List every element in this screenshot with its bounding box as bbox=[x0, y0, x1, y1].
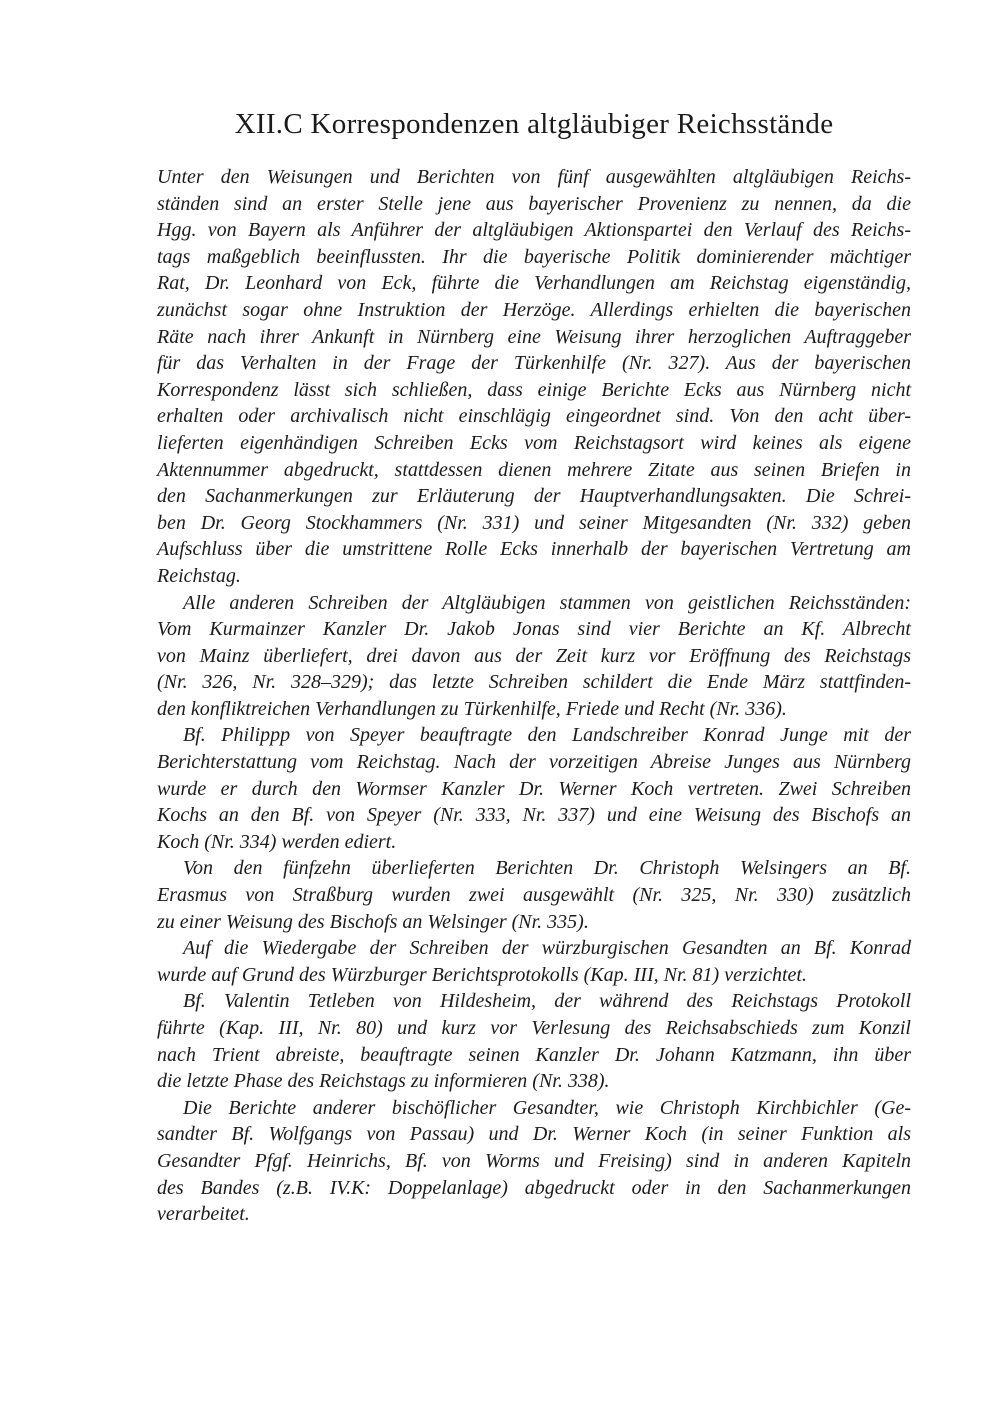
text-line: zu einer Weisung des Bischofs an Welsing… bbox=[157, 909, 911, 936]
text-line: Bf. Philippp von Speyer beauftragte den … bbox=[157, 722, 911, 749]
body-text: Unter den Weisungen und Berichten von fü… bbox=[157, 164, 911, 1228]
text-line: ständen sind an erster Stelle jene aus b… bbox=[157, 191, 911, 218]
paragraph: Bf. Philippp von Speyer beauftragte den … bbox=[157, 722, 911, 855]
paragraph: Bf. Valentin Tetleben von Hildesheim, de… bbox=[157, 988, 911, 1094]
text-line: Bf. Valentin Tetleben von Hildesheim, de… bbox=[157, 988, 911, 1015]
text-line: führte (Kap. III, Nr. 80) und kurz vor V… bbox=[157, 1015, 911, 1042]
text-line: Erasmus von Straßburg wurden zwei ausgew… bbox=[157, 882, 911, 909]
paragraph: Auf die Wiedergabe der Schreiben der wür… bbox=[157, 935, 911, 988]
text-line: Aufschluss über die umstrittene Rolle Ec… bbox=[157, 536, 911, 563]
text-line: Berichterstattung vom Reichstag. Nach de… bbox=[157, 749, 911, 776]
text-line: die letzte Phase des Reichstags zu infor… bbox=[157, 1068, 911, 1095]
text-line: Die Berichte anderer bischöflicher Gesan… bbox=[157, 1095, 911, 1122]
text-line: nach Trient abreiste, beauftragte seinen… bbox=[157, 1042, 911, 1069]
text-line: für das Verhalten in der Frage der Türke… bbox=[157, 350, 911, 377]
text-line: Auf die Wiedergabe der Schreiben der wür… bbox=[157, 935, 911, 962]
text-line: den konfliktreichen Verhandlungen zu Tür… bbox=[157, 696, 911, 723]
text-line: ben Dr. Georg Stockhammers (Nr. 331) und… bbox=[157, 510, 911, 537]
paragraph: Die Berichte anderer bischöflicher Gesan… bbox=[157, 1095, 911, 1228]
text-line: verarbeitet. bbox=[157, 1201, 911, 1228]
paragraph: Alle anderen Schreiben der Altgläubigen … bbox=[157, 590, 911, 723]
text-line: wurde er durch den Wormser Kanzler Dr. W… bbox=[157, 776, 911, 803]
text-line: Korrespondenz lässt sich schließen, dass… bbox=[157, 377, 911, 404]
text-line: Aktennummer abgedruckt, stattdessen dien… bbox=[157, 457, 911, 484]
text-line: sandter Bf. Wolfgangs von Passau) und Dr… bbox=[157, 1121, 911, 1148]
text-line: Von den fünfzehn überlieferten Berichten… bbox=[157, 855, 911, 882]
text-line: Kochs an den Bf. von Speyer (Nr. 333, Nr… bbox=[157, 802, 911, 829]
text-line: Vom Kurmainzer Kanzler Dr. Jakob Jonas s… bbox=[157, 616, 911, 643]
text-line: Reichstag. bbox=[157, 563, 911, 590]
text-line: des Bandes (z.B. IV.K: Doppelanlage) abg… bbox=[157, 1175, 911, 1202]
book-page: XII.C Korrespondenzen altgläubiger Reich… bbox=[157, 0, 911, 1228]
text-line: Unter den Weisungen und Berichten von fü… bbox=[157, 164, 911, 191]
text-line: den Sachanmerkungen zur Erläuterung der … bbox=[157, 483, 911, 510]
paragraph: Von den fünfzehn überlieferten Berichten… bbox=[157, 855, 911, 935]
text-line: erhalten oder archivalisch nicht einschl… bbox=[157, 403, 911, 430]
text-line: zunächst sogar ohne Instruktion der Herz… bbox=[157, 297, 911, 324]
text-line: wurde auf Grund des Würzburger Berichtsp… bbox=[157, 962, 911, 989]
text-line: (Nr. 326, Nr. 328–329); das letzte Schre… bbox=[157, 669, 911, 696]
text-line: tags maßgeblich beeinflussten. Ihr die b… bbox=[157, 244, 911, 271]
text-line: Räte nach ihrer Ankunft in Nürnberg eine… bbox=[157, 324, 911, 351]
text-line: lieferten eigenhändigen Schreiben Ecks v… bbox=[157, 430, 911, 457]
text-line: Hgg. von Bayern als Anführer der altgläu… bbox=[157, 217, 911, 244]
text-line: Koch (Nr. 334) werden ediert. bbox=[157, 829, 911, 856]
text-line: Gesandter Pfgf. Heinrichs, Bf. von Worms… bbox=[157, 1148, 911, 1175]
text-line: von Mainz überliefert, drei davon aus de… bbox=[157, 643, 911, 670]
page-title: XII.C Korrespondenzen altgläubiger Reich… bbox=[157, 104, 911, 144]
text-line: Rat, Dr. Leonhard von Eck, führte die Ve… bbox=[157, 270, 911, 297]
text-line: Alle anderen Schreiben der Altgläubigen … bbox=[157, 590, 911, 617]
paragraph: Unter den Weisungen und Berichten von fü… bbox=[157, 164, 911, 590]
